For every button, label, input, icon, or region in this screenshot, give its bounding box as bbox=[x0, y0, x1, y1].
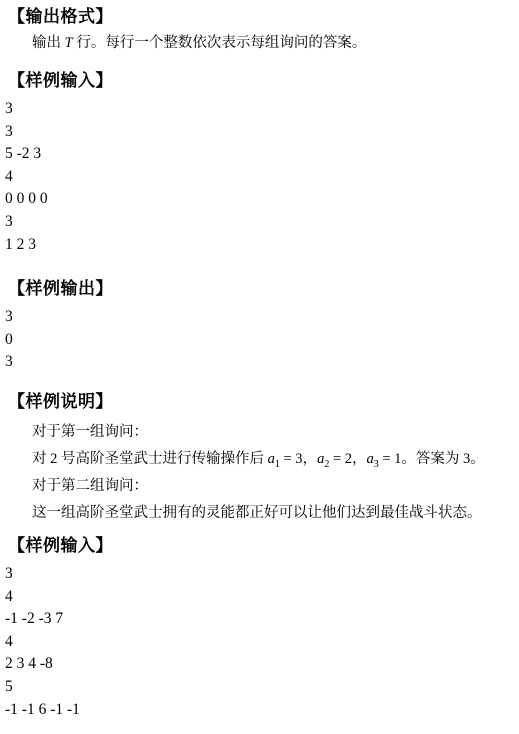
sample-line: 5 -2 3 bbox=[5, 143, 519, 166]
section-sample-output-1: 【样例输出】 3 0 3 bbox=[0, 279, 519, 374]
sample-line: -1 -1 6 -1 -1 bbox=[5, 699, 519, 722]
math-eq-1: = 3， bbox=[280, 451, 317, 467]
sample-line: 4 bbox=[5, 166, 519, 189]
sample-input-1-heading: 【样例输入】 bbox=[8, 71, 519, 91]
section-sample-input-1: 【样例输入】 3 3 5 -2 3 4 0 0 0 0 3 1 2 3 bbox=[0, 71, 519, 256]
sample-output-1-heading: 【样例输出】 bbox=[8, 279, 519, 299]
sample-line: 2 3 4 -8 bbox=[5, 653, 519, 676]
problem-statement-page: 【输出格式】 输出 T 行。每行一个整数依次表示每组询问的答案。 【样例输入】 … bbox=[0, 7, 519, 734]
explanation-line-1: 对于第一组询问： bbox=[32, 419, 519, 446]
math-var-T: T bbox=[65, 35, 73, 51]
explanation-line-3: 对于第二组询问： bbox=[32, 473, 519, 500]
sample-line: 0 0 0 0 bbox=[5, 188, 519, 211]
sample-input-2-heading: 【样例输入】 bbox=[8, 536, 519, 556]
sample-line: 3 bbox=[5, 563, 519, 586]
sample-output-1-block: 3 0 3 bbox=[5, 306, 519, 374]
section-output-format: 【输出格式】 输出 T 行。每行一个整数依次表示每组询问的答案。 bbox=[0, 7, 519, 52]
sample-line: 3 bbox=[5, 98, 519, 121]
sample-input-1-block: 3 3 5 -2 3 4 0 0 0 0 3 1 2 3 bbox=[5, 98, 519, 256]
explanation-line-2: 对 2 号高阶圣堂武士进行传输操作后 a1 = 3，a2 = 2，a3 = 1。… bbox=[32, 446, 519, 473]
explanation-line-2-prefix: 对 2 号高阶圣堂武士进行传输操作后 bbox=[32, 451, 268, 467]
sample-line: 4 bbox=[5, 631, 519, 654]
sample-line: 3 bbox=[5, 211, 519, 234]
math-eq-3: = 1。答案为 3。 bbox=[379, 451, 485, 467]
sample-line: -1 -2 -3 7 bbox=[5, 608, 519, 631]
sample-explanation-block: 对于第一组询问： 对 2 号高阶圣堂武士进行传输操作后 a1 = 3，a2 = … bbox=[32, 419, 519, 527]
sample-explanation-heading: 【样例说明】 bbox=[8, 392, 519, 412]
section-sample-input-2: 【样例输入】 3 4 -1 -2 -3 7 4 2 3 4 -8 5 -1 -1… bbox=[0, 536, 519, 721]
sample-line: 0 bbox=[5, 329, 519, 352]
sample-line: 3 bbox=[5, 351, 519, 374]
output-format-text-prefix: 输出 bbox=[32, 35, 65, 51]
output-format-paragraph: 输出 T 行。每行一个整数依次表示每组询问的答案。 bbox=[32, 35, 519, 52]
section-sample-explanation: 【样例说明】 对于第一组询问： 对 2 号高阶圣堂武士进行传输操作后 a1 = … bbox=[0, 392, 519, 527]
sample-input-2-block: 3 4 -1 -2 -3 7 4 2 3 4 -8 5 -1 -1 6 -1 -… bbox=[5, 563, 519, 721]
sample-line: 4 bbox=[5, 586, 519, 609]
sample-line: 1 2 3 bbox=[5, 234, 519, 257]
explanation-line-4: 这一组高阶圣堂武士拥有的灵能都正好可以让他们达到最佳战斗状态。 bbox=[32, 500, 519, 527]
sample-line: 3 bbox=[5, 306, 519, 329]
math-eq-2: = 2， bbox=[329, 451, 366, 467]
sample-line: 3 bbox=[5, 121, 519, 144]
math-var-a1: a bbox=[268, 451, 275, 467]
sample-line: 5 bbox=[5, 676, 519, 699]
math-var-a3: a bbox=[367, 451, 374, 467]
output-format-heading: 【输出格式】 bbox=[8, 7, 519, 27]
output-format-text-suffix: 行。每行一个整数依次表示每组询问的答案。 bbox=[73, 35, 367, 51]
